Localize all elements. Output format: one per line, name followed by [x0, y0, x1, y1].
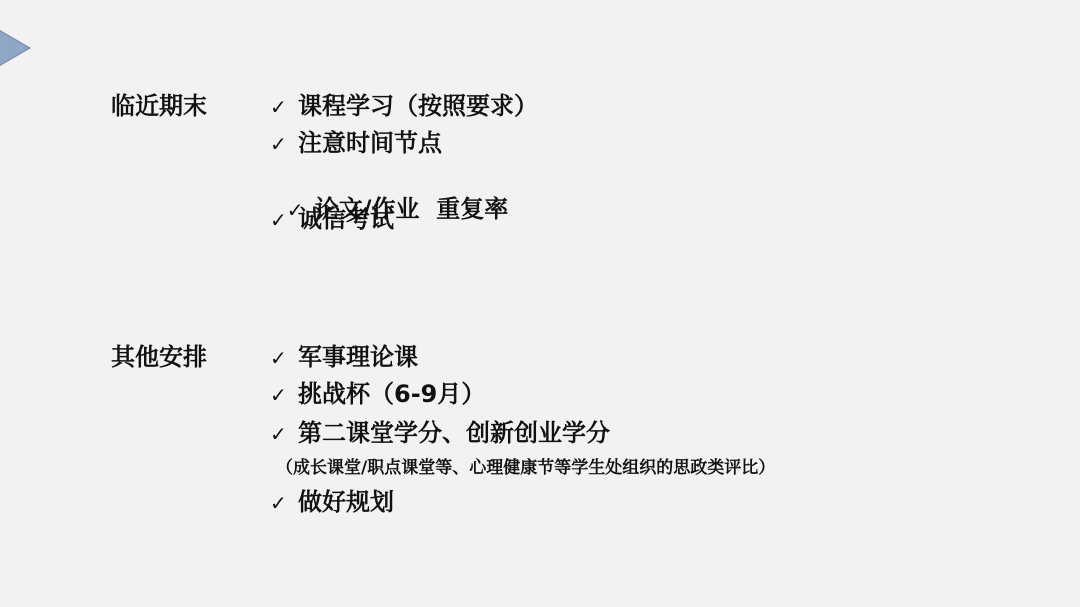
check-icon: ✓	[270, 95, 298, 119]
list-item-text: 挑战杯（6-9月）	[298, 380, 485, 408]
list-item: ✓军事理论课	[270, 337, 418, 372]
check-icon: ✓	[270, 208, 298, 232]
list-item: ✓挑战杯（6-9月）	[270, 374, 485, 409]
check-icon: ✓	[270, 132, 298, 156]
section-label-final-term: 临近期末	[111, 86, 207, 121]
list-item-text: 军事理论课	[298, 343, 418, 371]
check-icon: ✓	[270, 422, 298, 446]
list-item-text: 注意时间节点	[298, 129, 442, 157]
list-item: ✓注意时间节点	[270, 123, 442, 158]
list-item-text: 诚信考试	[298, 205, 394, 233]
list-item-note: （成长课堂/职点课堂等、心理健康节等学生处组织的思政类评比）	[276, 453, 775, 478]
check-icon: ✓	[270, 383, 298, 407]
list-item: ✓诚信考试	[270, 199, 394, 234]
list-item: ✓做好规划	[270, 482, 394, 517]
check-icon: ✓	[270, 491, 298, 515]
list-item-text: 第二课堂学分、创新创业学分	[298, 419, 610, 447]
list-item: ✓课程学习（按照要求）	[270, 86, 538, 121]
section-label-other-arrangements: 其他安排	[111, 337, 207, 372]
list-item-text: 课程学习（按照要求）	[298, 92, 538, 120]
list-item-text: 做好规划	[298, 488, 394, 516]
slide-marker-triangle	[0, 31, 29, 65]
check-icon: ✓	[270, 346, 298, 370]
list-item: ✓第二课堂学分、创新创业学分	[270, 413, 610, 448]
